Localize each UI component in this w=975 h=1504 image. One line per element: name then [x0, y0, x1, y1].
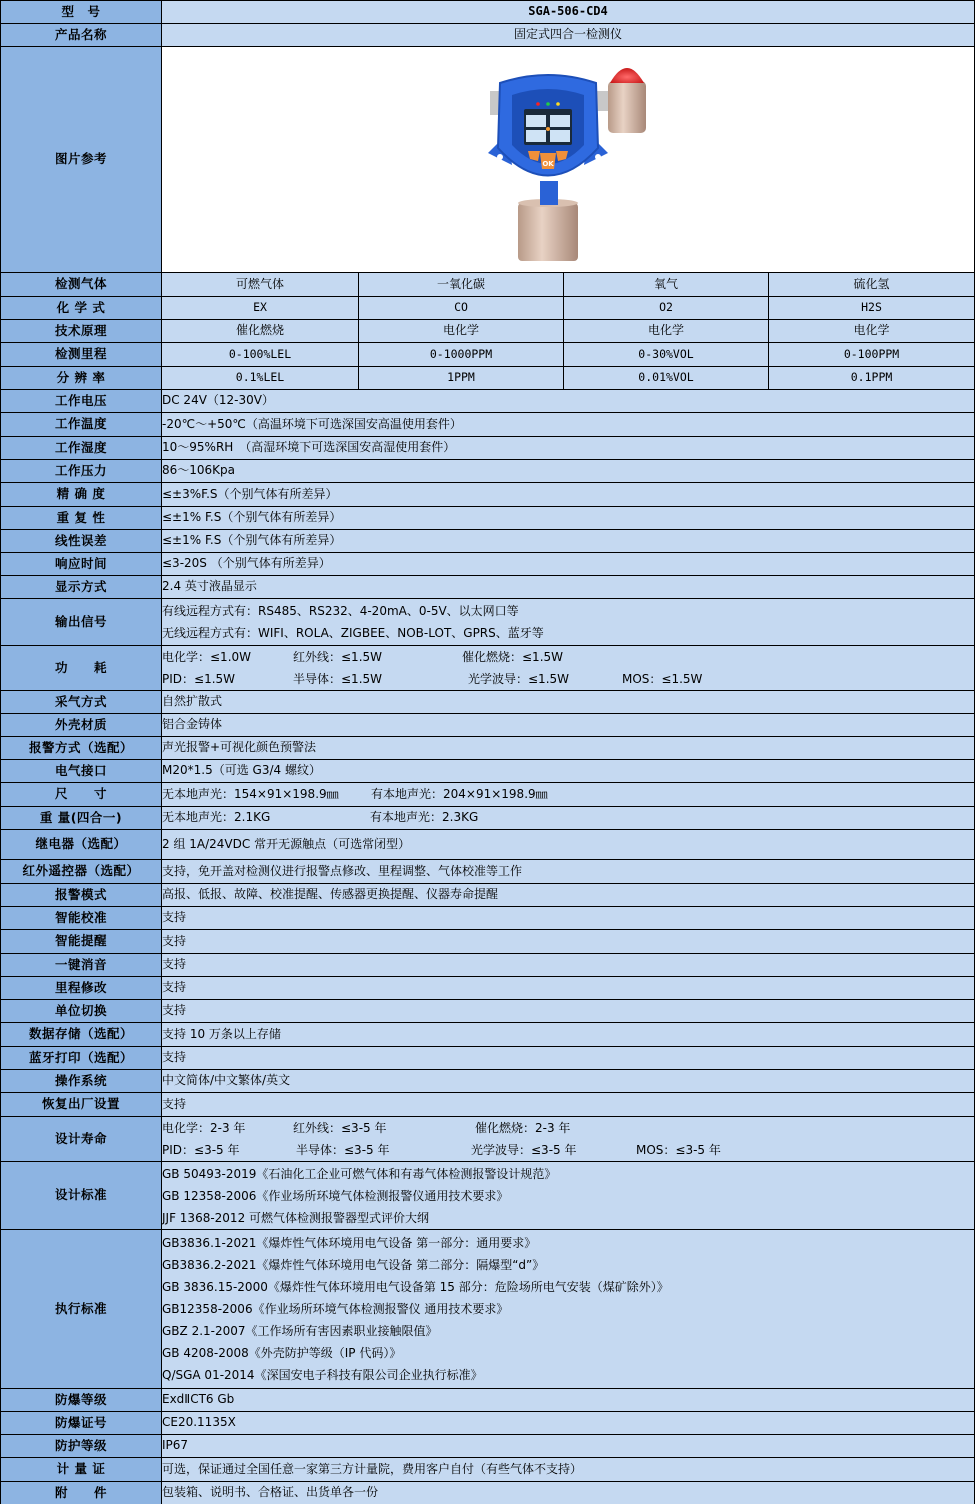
resolution-cell: 1PPM — [359, 367, 564, 390]
label-pressure: 工作压力 — [1, 460, 162, 483]
row-alarm-method: 报警方式（选配） 声光报警+可视化颜色预警法 — [1, 737, 975, 760]
row-pressure: 工作压力 86～106Kpa — [1, 460, 975, 483]
row-design-standard: 设计标准 GB 50493-2019《石油化工企业可燃气体和有毒气体检测报警设计… — [1, 1162, 975, 1230]
label-ir-remote: 红外遥控器（选配） — [1, 860, 162, 884]
power-catalytic: 催化燃烧：≤1.5W — [462, 646, 563, 668]
row-unit-switch: 单位切换 支持 — [1, 1000, 975, 1023]
value-linearity: ≤±1% F.S（个别气体有所差异） — [162, 530, 975, 553]
value-ir-remote: 支持，免开盖对检测仪进行报警点修改、里程调整、气体校准等工作 — [162, 860, 975, 884]
formula-cell: CO — [359, 297, 564, 320]
row-relay: 继电器（选配） 2 组 1A/24VDC 常开无源触点（可选常闭型） — [1, 830, 975, 860]
row-principle: 技术原理 催化燃烧 电化学 电化学 电化学 — [1, 320, 975, 343]
label-linearity: 线性误差 — [1, 530, 162, 553]
row-repeatability: 重 复 性 ≤±1% F.S（个别气体有所差异） — [1, 507, 975, 530]
exec-standard-line: GB12358-2006《作业场所环境气体检测报警仪 通用技术要求》 — [162, 1298, 974, 1320]
value-os: 中文简体/中文繁体/英文 — [162, 1070, 975, 1093]
row-weight: 重 量(四合一) 无本地声光：2.1KG有本地声光：2.3KG — [1, 807, 975, 830]
size-with-alarm: 有本地声光：204×91×198.9㎜ — [371, 788, 548, 802]
value-data-storage: 支持 10 万条以上存储 — [162, 1023, 975, 1047]
design-standard-line: GB 12358-2006《作业场所环境气体检测报警仪通用技术要求》 — [162, 1185, 974, 1207]
label-temperature: 工作温度 — [1, 413, 162, 437]
principle-cell: 电化学 — [359, 320, 564, 343]
label-product-name: 产品名称 — [1, 24, 162, 47]
label-principle: 技术原理 — [1, 320, 162, 343]
value-model: SGA-506-CD4 — [162, 1, 975, 24]
label-image: 图片参考 — [1, 47, 162, 273]
range-cell: 0-1000PPM — [359, 343, 564, 367]
range-cell: 0-30%VOL — [564, 343, 769, 367]
svg-text:OK: OK — [542, 160, 554, 168]
value-alarm-mode: 高报、低报、故障、校准提醒、传感器更换提醒、仪器寿命提醒 — [162, 884, 975, 907]
label-ip-grade: 防护等级 — [1, 1435, 162, 1458]
gas-cell: 硫化氢 — [769, 273, 975, 297]
spec-table: 型 号 SGA-506-CD4 产品名称 固定式四合一检测仪 图片参考 — [0, 0, 975, 1504]
formula-cell: O2 — [564, 297, 769, 320]
resolution-cell: 0.01%VOL — [564, 367, 769, 390]
value-power: 电化学：≤1.0W红外线：≤1.5W催化燃烧：≤1.5W PID：≤1.5W半导… — [162, 646, 975, 691]
row-ex-grade: 防爆等级 ExdⅡCT6 Gb — [1, 1389, 975, 1412]
label-response-time: 响应时间 — [1, 553, 162, 576]
row-housing: 外壳材质 铝合金铸体 — [1, 714, 975, 737]
lifetime-mos: MOS：≤3-5 年 — [636, 1139, 721, 1161]
weight-without-alarm: 无本地声光：2.1KG — [162, 811, 370, 825]
value-relay: 2 组 1A/24VDC 常开无源触点（可选常闭型） — [162, 830, 975, 860]
value-voltage: DC 24V（12-30V） — [162, 390, 975, 413]
row-product-name: 产品名称 固定式四合一检测仪 — [1, 24, 975, 47]
label-accuracy: 精 确 度 — [1, 483, 162, 507]
range-cell: 0-100PPM — [769, 343, 975, 367]
row-humidity: 工作湿度 10～95%RH （高湿环境下可选深国安高湿使用套件） — [1, 437, 975, 460]
value-weight: 无本地声光：2.1KG有本地声光：2.3KG — [162, 807, 975, 830]
lifetime-optical: 光学波导：≤3-5 年 — [471, 1139, 636, 1161]
label-sampling: 采气方式 — [1, 691, 162, 714]
principle-cell: 催化燃烧 — [162, 320, 359, 343]
lifetime-line-1: 电化学：2-3 年红外线：≤3-5 年催化燃烧：2-3 年 — [162, 1117, 974, 1139]
label-voltage: 工作电压 — [1, 390, 162, 413]
label-formula: 化 学 式 — [1, 297, 162, 320]
value-bluetooth-print: 支持 — [162, 1047, 975, 1070]
row-sampling: 采气方式 自然扩散式 — [1, 691, 975, 714]
value-exec-standard: GB3836.1-2021《爆炸性气体环境用电气设备 第一部分：通用要求》 GB… — [162, 1230, 975, 1389]
label-size: 尺 寸 — [1, 783, 162, 807]
row-temperature: 工作温度 -20℃～+50℃（高温环境下可选深国安高温使用套件） — [1, 413, 975, 437]
value-display: 2.4 英寸液晶显示 — [162, 576, 975, 599]
row-accuracy: 精 确 度 ≤±3%F.S（个别气体有所差异） — [1, 483, 975, 507]
label-ex-grade: 防爆等级 — [1, 1389, 162, 1412]
value-smart-reminder: 支持 — [162, 930, 975, 954]
row-ir-remote: 红外遥控器（选配） 支持，免开盖对检测仪进行报警点修改、里程调整、气体校准等工作 — [1, 860, 975, 884]
exec-standard-line: GB 3836.15-2000《爆炸性气体环境用电气设备第 15 部分：危险场所… — [162, 1276, 974, 1298]
label-os: 操作系统 — [1, 1070, 162, 1093]
value-one-key-mute: 支持 — [162, 954, 975, 977]
row-exec-standard: 执行标准 GB3836.1-2021《爆炸性气体环境用电气设备 第一部分：通用要… — [1, 1230, 975, 1389]
row-one-key-mute: 一键消音 支持 — [1, 954, 975, 977]
formula-cell: H2S — [769, 297, 975, 320]
label-repeatability: 重 复 性 — [1, 507, 162, 530]
design-standard-line: JJF 1368-2012 可燃气体检测报警器型式评价大纲 — [162, 1207, 974, 1229]
value-output-signal: 有线远程方式有：RS485、RS232、4-20mA、0-5V、以太网口等 无线… — [162, 599, 975, 646]
row-response-time: 响应时间 ≤3-20S （个别气体有所差异） — [1, 553, 975, 576]
row-display: 显示方式 2.4 英寸液晶显示 — [1, 576, 975, 599]
principle-cell: 电化学 — [769, 320, 975, 343]
value-ex-grade: ExdⅡCT6 Gb — [162, 1389, 975, 1412]
row-model: 型 号 SGA-506-CD4 — [1, 1, 975, 24]
value-factory-reset: 支持 — [162, 1093, 975, 1117]
lifetime-line-2: PID：≤3-5 年半导体：≤3-5 年光学波导：≤3-5 年MOS：≤3-5 … — [162, 1139, 974, 1161]
label-design-standard: 设计标准 — [1, 1162, 162, 1230]
resolution-cell: 0.1PPM — [769, 367, 975, 390]
power-infrared: 红外线：≤1.5W — [293, 646, 462, 668]
label-resolution: 分 辨 率 — [1, 367, 162, 390]
label-ex-cert: 防爆证号 — [1, 1412, 162, 1435]
label-output-signal: 输出信号 — [1, 599, 162, 646]
lifetime-electrochemical: 电化学：2-3 年 — [162, 1117, 293, 1139]
power-line-1: 电化学：≤1.0W红外线：≤1.5W催化燃烧：≤1.5W — [162, 646, 974, 668]
label-range: 检测里程 — [1, 343, 162, 367]
output-wireless: 无线远程方式有：WIFI、ROLA、ZIGBEE、NOB-LOT、GPRS、蓝牙… — [162, 622, 974, 644]
lifetime-semiconductor: 半导体：≤3-5 年 — [296, 1139, 471, 1161]
value-response-time: ≤3-20S （个别气体有所差异） — [162, 553, 975, 576]
weight-with-alarm: 有本地声光：2.3KG — [370, 811, 478, 825]
gas-detector-image: OK — [468, 53, 668, 267]
row-resolution: 分 辨 率 0.1%LEL 1PPM 0.01%VOL 0.1PPM — [1, 367, 975, 390]
value-electrical-interface: M20*1.5（可选 G3/4 螺纹） — [162, 760, 975, 783]
label-accessories: 附 件 — [1, 1482, 162, 1504]
power-line-2: PID：≤1.5W半导体：≤1.5W光学波导：≤1.5WMOS：≤1.5W — [162, 668, 974, 690]
row-gas: 检测气体 可燃气体 一氧化碳 氧气 硫化氢 — [1, 273, 975, 297]
row-lifetime: 设计寿命 电化学：2-3 年红外线：≤3-5 年催化燃烧：2-3 年 PID：≤… — [1, 1117, 975, 1162]
label-data-storage: 数据存储（选配） — [1, 1023, 162, 1047]
lifetime-infrared: 红外线：≤3-5 年 — [293, 1117, 475, 1139]
value-lifetime: 电化学：2-3 年红外线：≤3-5 年催化燃烧：2-3 年 PID：≤3-5 年… — [162, 1117, 975, 1162]
row-voltage: 工作电压 DC 24V（12-30V） — [1, 390, 975, 413]
row-output-signal: 输出信号 有线远程方式有：RS485、RS232、4-20mA、0-5V、以太网… — [1, 599, 975, 646]
row-electrical-interface: 电气接口 M20*1.5（可选 G3/4 螺纹） — [1, 760, 975, 783]
value-accessories: 包装箱、说明书、合格证、出货单各一份 — [162, 1482, 975, 1504]
label-relay: 继电器（选配） — [1, 830, 162, 860]
resolution-cell: 0.1%LEL — [162, 367, 359, 390]
label-smart-reminder: 智能提醒 — [1, 930, 162, 954]
row-accessories: 附 件 包装箱、说明书、合格证、出货单各一份 — [1, 1482, 975, 1504]
lifetime-catalytic: 催化燃烧：2-3 年 — [475, 1117, 570, 1139]
value-range-modify: 支持 — [162, 977, 975, 1000]
label-range-modify: 里程修改 — [1, 977, 162, 1000]
label-lifetime: 设计寿命 — [1, 1117, 162, 1162]
range-cell: 0-100%LEL — [162, 343, 359, 367]
label-factory-reset: 恢复出厂设置 — [1, 1093, 162, 1117]
row-size: 尺 寸 无本地声光：154×91×198.9㎜有本地声光：204×91×198.… — [1, 783, 975, 807]
label-smart-calibration: 智能校准 — [1, 907, 162, 930]
row-alarm-mode: 报警模式 高报、低报、故障、校准提醒、传感器更换提醒、仪器寿命提醒 — [1, 884, 975, 907]
label-electrical-interface: 电气接口 — [1, 760, 162, 783]
row-image: 图片参考 — [1, 47, 975, 273]
lifetime-pid: PID：≤3-5 年 — [162, 1139, 296, 1161]
power-mos: MOS：≤1.5W — [622, 668, 702, 690]
row-os: 操作系统 中文简体/中文繁体/英文 — [1, 1070, 975, 1093]
label-power: 功 耗 — [1, 646, 162, 691]
value-temperature: -20℃～+50℃（高温环境下可选深国安高温使用套件） — [162, 413, 975, 437]
row-formula: 化 学 式 EX CO O2 H2S — [1, 297, 975, 320]
power-semiconductor: 半导体：≤1.5W — [293, 668, 468, 690]
label-humidity: 工作湿度 — [1, 437, 162, 460]
value-pressure: 86～106Kpa — [162, 460, 975, 483]
label-one-key-mute: 一键消音 — [1, 954, 162, 977]
label-gas: 检测气体 — [1, 273, 162, 297]
design-standard-line: GB 50493-2019《石油化工企业可燃气体和有毒气体检测报警设计规范》 — [162, 1163, 974, 1185]
value-repeatability: ≤±1% F.S（个别气体有所差异） — [162, 507, 975, 530]
label-unit-switch: 单位切换 — [1, 1000, 162, 1023]
value-design-standard: GB 50493-2019《石油化工企业可燃气体和有毒气体检测报警设计规范》 G… — [162, 1162, 975, 1230]
label-alarm-mode: 报警模式 — [1, 884, 162, 907]
gas-cell: 氧气 — [564, 273, 769, 297]
exec-standard-line: GB 4208-2008《外壳防护等级（IP 代码）》 — [162, 1342, 974, 1364]
value-metrology-cert: 可选，保证通过全国任意一家第三方计量院，费用客户自付（有些气体不支持） — [162, 1458, 975, 1482]
label-metrology-cert: 计 量 证 — [1, 1458, 162, 1482]
output-wired: 有线远程方式有：RS485、RS232、4-20mA、0-5V、以太网口等 — [162, 600, 974, 622]
value-alarm-method: 声光报警+可视化颜色预警法 — [162, 737, 975, 760]
product-image-cell: OK — [162, 47, 975, 273]
label-exec-standard: 执行标准 — [1, 1230, 162, 1389]
row-power: 功 耗 电化学：≤1.0W红外线：≤1.5W催化燃烧：≤1.5W PID：≤1.… — [1, 646, 975, 691]
row-metrology-cert: 计 量 证 可选，保证通过全国任意一家第三方计量院，费用客户自付（有些气体不支持… — [1, 1458, 975, 1482]
exec-standard-line: GBZ 2.1-2007《工作场所有害因素职业接触限值》 — [162, 1320, 974, 1342]
row-ex-cert: 防爆证号 CE20.1135X — [1, 1412, 975, 1435]
exec-standard-line: Q/SGA 01-2014《深国安电子科技有限公司企业执行标准》 — [162, 1364, 974, 1386]
row-factory-reset: 恢复出厂设置 支持 — [1, 1093, 975, 1117]
row-data-storage: 数据存储（选配） 支持 10 万条以上存储 — [1, 1023, 975, 1047]
row-linearity: 线性误差 ≤±1% F.S（个别气体有所差异） — [1, 530, 975, 553]
gas-cell: 一氧化碳 — [359, 273, 564, 297]
power-electrochemical: 电化学：≤1.0W — [162, 646, 293, 668]
label-model: 型 号 — [1, 1, 162, 24]
value-sampling: 自然扩散式 — [162, 691, 975, 714]
value-humidity: 10～95%RH （高湿环境下可选深国安高湿使用套件） — [162, 437, 975, 460]
row-range-modify: 里程修改 支持 — [1, 977, 975, 1000]
power-optical: 光学波导：≤1.5W — [468, 668, 622, 690]
label-weight: 重 量(四合一) — [1, 807, 162, 830]
row-range: 检测里程 0-100%LEL 0-1000PPM 0-30%VOL 0-100P… — [1, 343, 975, 367]
label-housing: 外壳材质 — [1, 714, 162, 737]
value-accuracy: ≤±3%F.S（个别气体有所差异） — [162, 483, 975, 507]
gas-cell: 可燃气体 — [162, 273, 359, 297]
power-pid: PID：≤1.5W — [162, 668, 293, 690]
value-ex-cert: CE20.1135X — [162, 1412, 975, 1435]
exec-standard-line: GB3836.2-2021《爆炸性气体环境用电气设备 第二部分：隔爆型“d”》 — [162, 1254, 974, 1276]
exec-standard-line: GB3836.1-2021《爆炸性气体环境用电气设备 第一部分：通用要求》 — [162, 1232, 974, 1254]
size-without-alarm: 无本地声光：154×91×198.9㎜ — [162, 788, 371, 802]
row-ip-grade: 防护等级 IP67 — [1, 1435, 975, 1458]
value-housing: 铝合金铸体 — [162, 714, 975, 737]
formula-cell: EX — [162, 297, 359, 320]
value-ip-grade: IP67 — [162, 1435, 975, 1458]
value-product-name: 固定式四合一检测仪 — [162, 24, 975, 47]
value-smart-calibration: 支持 — [162, 907, 975, 930]
row-smart-reminder: 智能提醒 支持 — [1, 930, 975, 954]
value-unit-switch: 支持 — [162, 1000, 975, 1023]
label-alarm-method: 报警方式（选配） — [1, 737, 162, 760]
label-bluetooth-print: 蓝牙打印（选配） — [1, 1047, 162, 1070]
row-bluetooth-print: 蓝牙打印（选配） 支持 — [1, 1047, 975, 1070]
principle-cell: 电化学 — [564, 320, 769, 343]
label-display: 显示方式 — [1, 576, 162, 599]
value-size: 无本地声光：154×91×198.9㎜有本地声光：204×91×198.9㎜ — [162, 783, 975, 807]
row-smart-calibration: 智能校准 支持 — [1, 907, 975, 930]
